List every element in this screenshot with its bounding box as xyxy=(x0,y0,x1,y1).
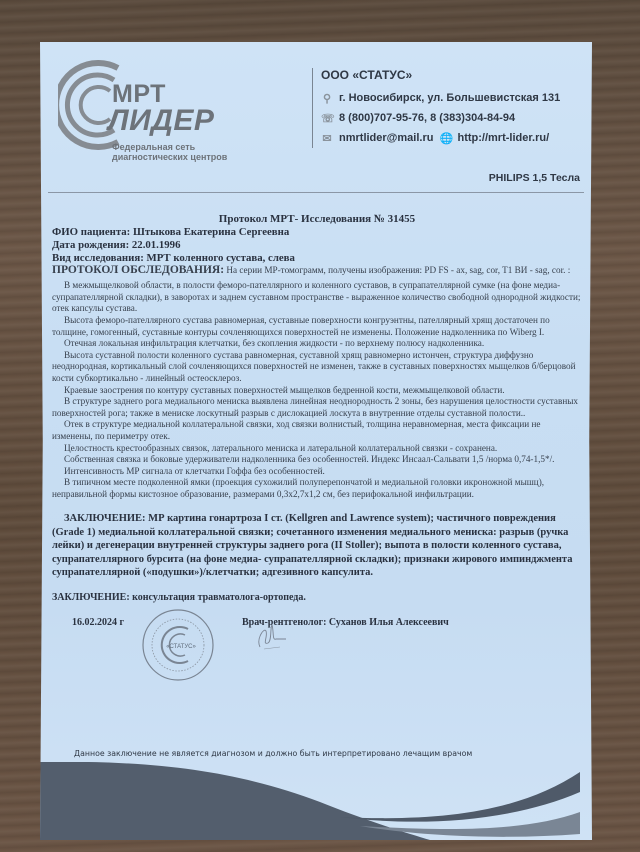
scanner-model: PHILIPS 1,5 Тесла xyxy=(489,172,580,184)
stamp-text: «СТАТУС» xyxy=(166,644,196,650)
finding-paragraph: Высота феморо-пателлярного сустава равно… xyxy=(52,315,582,338)
patient-label: ФИО пациента: xyxy=(52,226,130,238)
tagline-line1: Федеральная сеть xyxy=(112,142,227,152)
finding-paragraph: Высота суставной полости коленного суста… xyxy=(52,350,582,385)
finding-paragraph: Целостность крестообразных связок, латер… xyxy=(52,443,582,455)
phone-row: ☏ 8 (800)707-95-76, 8 (383)304-84-94 xyxy=(321,108,591,128)
finding-paragraph: В межмыщелковой области, в полости фемор… xyxy=(52,280,582,315)
finding-paragraph: Интенсивность МР сигнала от клетчатки Го… xyxy=(52,466,582,478)
patient-name: Штыкова Екатерина Сергеевна xyxy=(133,226,289,238)
email-text: nmrtlider@mail.ru xyxy=(339,132,433,144)
phone-text: 8 (800)707-95-76, 8 (383)304-84-94 xyxy=(339,112,515,124)
dob-label: Дата рождения: xyxy=(52,239,129,251)
protocol-heading: ПРОТОКОЛ ОБСЛЕДОВАНИЯ: xyxy=(52,264,224,276)
address-text: г. Новосибирск, ул. Большевистская 131 xyxy=(339,92,560,104)
patient-name-field: ФИО пациента: Штыкова Екатерина Сергеевн… xyxy=(52,226,582,239)
website-text: http://mrt-lider.ru/ xyxy=(457,132,549,144)
phone-icon: ☏ xyxy=(321,112,333,125)
signature-row: 16.02.2024 г Врач-рентгенолог: Суханов И… xyxy=(52,617,582,629)
finding-paragraph: Краевые заострения по контуру суставных … xyxy=(52,385,582,397)
disclaimer: Данное заключение не является диагнозом … xyxy=(74,749,472,758)
doctor-signature xyxy=(250,617,290,662)
mrt-lider-logo: МРТ ЛИДЕР Федеральная сеть диагностическ… xyxy=(58,60,288,160)
recommendation: ЗАКЛЮЧЕНИЕ: консультация травматолога-ор… xyxy=(52,592,582,604)
protocol-intro-text: На серии МР-томограмм, получены изображе… xyxy=(226,265,570,275)
report-body: Протокол МРТ- Исследования № 31455 ФИО п… xyxy=(52,192,582,629)
finding-paragraph: Собственная связка и боковые удерживател… xyxy=(52,454,582,466)
tagline-line2: диагностических центров xyxy=(112,152,227,162)
finding-paragraph: В структуре заднего рога медиального мен… xyxy=(52,396,582,419)
report-title: Протокол МРТ- Исследования № 31455 xyxy=(52,214,582,226)
dob-field: Дата рождения: 22.01.1996 xyxy=(52,239,582,252)
finding-paragraph: Отечная локальная инфильтрация клетчатки… xyxy=(52,338,582,350)
finding-paragraph: В типичном месте подколенной ямки (проек… xyxy=(52,477,582,500)
protocol-intro: ПРОТОКОЛ ОБСЛЕДОВАНИЯ: На серии МР-томог… xyxy=(52,265,582,277)
dob-value: 22.01.1996 xyxy=(132,239,181,251)
company-stamp: «СТАТУС» xyxy=(140,607,216,683)
email-web-row: ✉ nmrtlider@mail.ru 🌐 http://mrt-lider.r… xyxy=(321,128,591,148)
brand-name-line2: ЛИДЕР xyxy=(108,104,214,138)
conclusion: ЗАКЛЮЧЕНИЕ: МР картина гонартроза I ст. … xyxy=(52,512,582,579)
map-pin-icon: ⚲ xyxy=(321,92,333,105)
findings-list: В межмыщелковой области, в полости фемор… xyxy=(52,280,582,500)
footer-wave-decoration xyxy=(40,762,592,840)
study-label: Вид исследования: xyxy=(52,252,144,264)
brand-tagline: Федеральная сеть диагностических центров xyxy=(112,142,227,162)
study-value: МРТ коленного сустава, слева xyxy=(147,252,295,264)
contact-block: ООО «СТАТУС» ⚲ г. Новосибирск, ул. Больш… xyxy=(312,68,591,148)
address-row: ⚲ г. Новосибирск, ул. Большевистская 131 xyxy=(321,88,591,108)
envelope-icon: ✉ xyxy=(321,132,333,145)
organization-name: ООО «СТАТУС» xyxy=(321,68,591,82)
globe-icon: 🌐 xyxy=(439,132,451,145)
finding-paragraph: Отек в структуре медиальной коллатеральн… xyxy=(52,419,582,442)
mri-report-sheet: МРТ ЛИДЕР Федеральная сеть диагностическ… xyxy=(40,42,592,840)
